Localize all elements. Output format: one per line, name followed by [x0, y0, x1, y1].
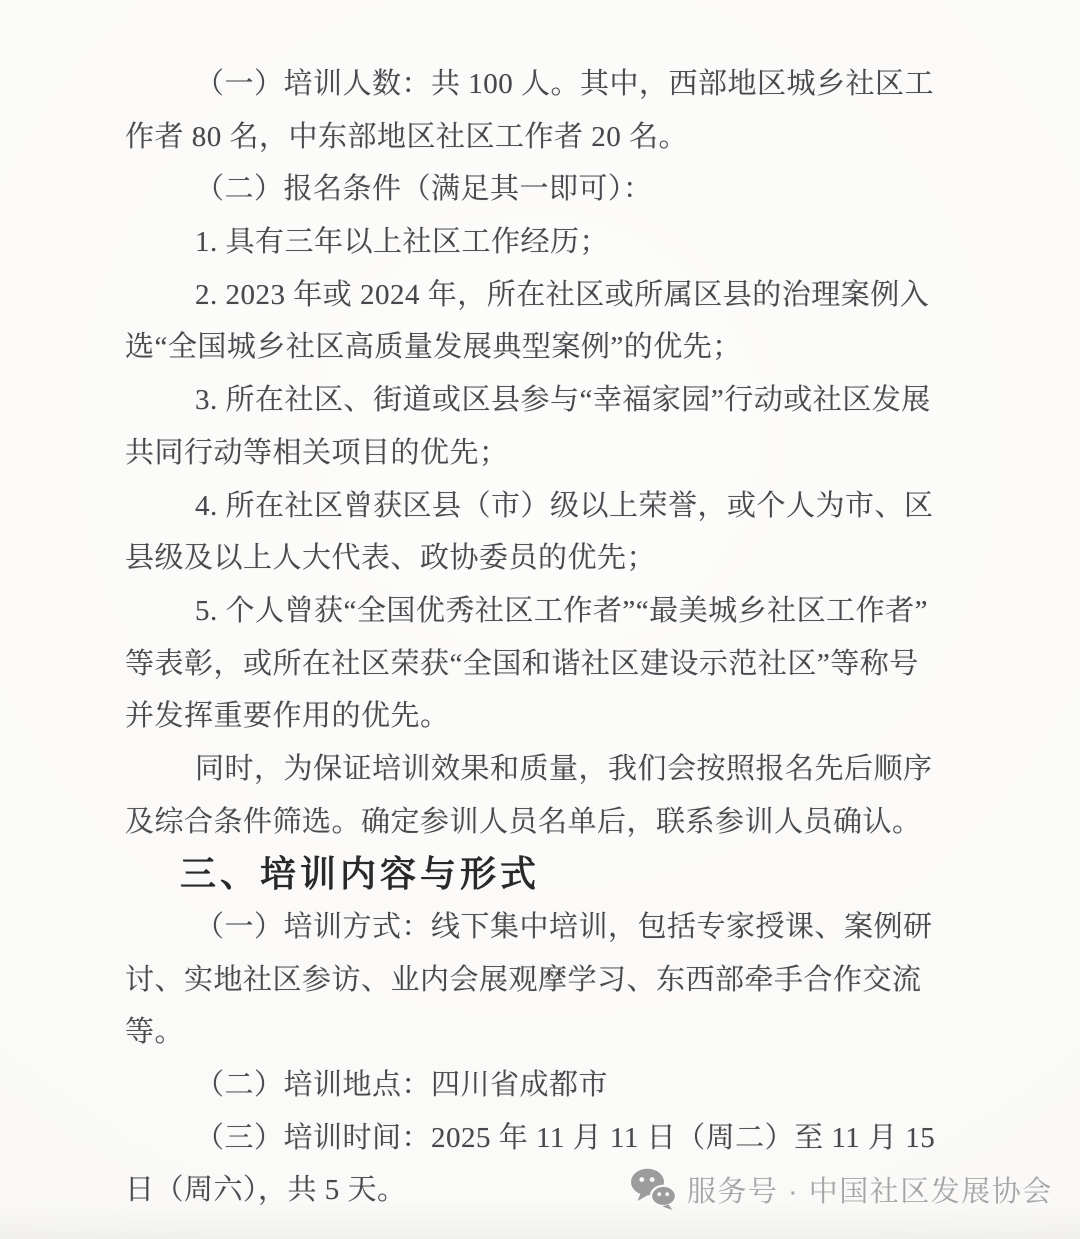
doc-line: 4. 所在社区曾获区县（市）级以上荣誉，或个人为市、区 — [125, 480, 955, 533]
doc-line: （一）培训人数：共 100 人。其中，西部地区城乡社区工 — [125, 58, 955, 111]
document-body: （一）培训人数：共 100 人。其中，西部地区城乡社区工 作者 80 名，中东部… — [125, 58, 955, 1217]
doc-line: 并发挥重要作用的优先。 — [125, 690, 955, 743]
doc-line: 县级及以上人大代表、政协委员的优先； — [125, 532, 955, 585]
doc-line: 共同行动等相关项目的优先； — [125, 427, 955, 480]
watermark: 服务号 · 中国社区发展协会 — [630, 1168, 1053, 1210]
doc-line: 2. 2023 年或 2024 年，所在社区或所属区县的治理案例入 — [125, 269, 955, 322]
doc-line: （三）培训时间：2025 年 11 月 11 日（周二）至 11 月 15 — [125, 1112, 955, 1165]
doc-line: 及综合条件筛选。确定参训人员名单后，联系参训人员确认。 — [125, 796, 955, 849]
doc-line: 等。 — [125, 1006, 955, 1059]
doc-line: 讨、实地社区参访、业内会展观摩学习、东西部牵手合作交流 — [125, 954, 955, 1007]
doc-line: 等表彰，或所在社区荣获“全国和谐社区建设示范社区”等称号 — [125, 638, 955, 691]
watermark-text: 服务号 · 中国社区发展协会 — [687, 1169, 1053, 1210]
document-page: （一）培训人数：共 100 人。其中，西部地区城乡社区工 作者 80 名，中东部… — [0, 0, 1080, 1239]
doc-line: 同时，为保证培训效果和质量，我们会按照报名先后顺序 — [125, 743, 955, 796]
section-heading: 三、培训内容与形式 — [125, 848, 955, 901]
wechat-icon — [630, 1168, 677, 1210]
doc-line: 选“全国城乡社区高质量发展典型案例”的优先； — [125, 321, 955, 374]
doc-line: 1. 具有三年以上社区工作经历； — [125, 216, 955, 269]
doc-line: （一）培训方式：线下集中培训，包括专家授课、案例研 — [125, 901, 955, 954]
doc-line: 3. 所在社区、街道或区县参与“幸福家园”行动或社区发展 — [125, 374, 955, 427]
doc-line: （二）报名条件（满足其一即可）： — [125, 163, 955, 216]
doc-line: 5. 个人曾获“全国优秀社区工作者”“最美城乡社区工作者” — [125, 585, 955, 638]
doc-line: （二）培训地点：四川省成都市 — [125, 1059, 955, 1112]
doc-line: 作者 80 名，中东部地区社区工作者 20 名。 — [125, 111, 955, 164]
